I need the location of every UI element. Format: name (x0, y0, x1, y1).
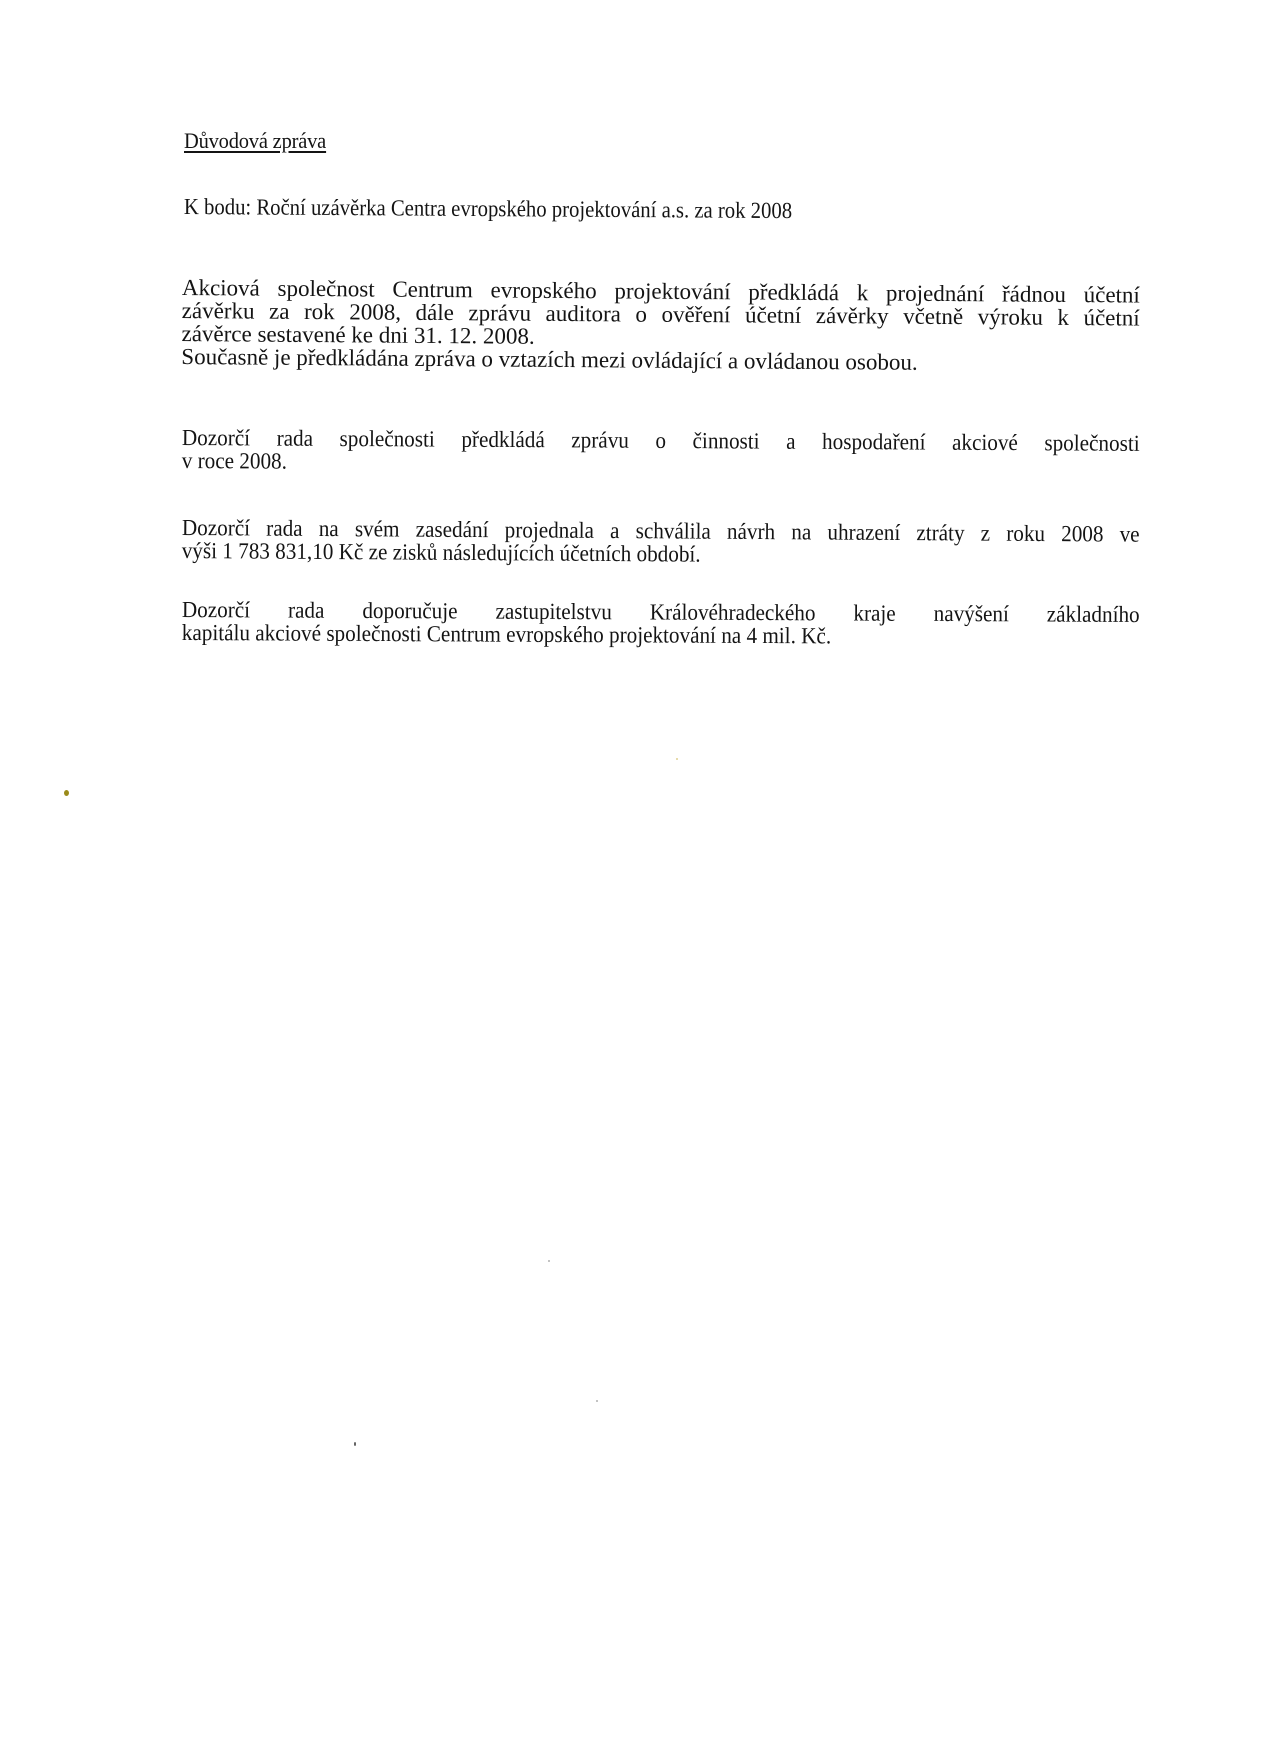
scan-speck (596, 1400, 598, 1402)
paragraph-line: Dozorčí rada společnosti předkládá zpráv… (182, 426, 1140, 455)
condensed-block: Dozorčí rada společnosti předkládá zpráv… (182, 426, 1140, 478)
paragraph-loss-coverage: Dozorčí rada na svém zasedání projednala… (182, 516, 1140, 569)
document-heading: Důvodová zpráva (184, 128, 326, 154)
scan-speck (548, 1260, 550, 1262)
agenda-item-subject: K bodu: Roční uzávěrka Centra evropského… (184, 194, 792, 224)
condensed-block: Dozorčí rada doporučuje zastupitelstvu K… (182, 598, 1140, 649)
scan-speck (64, 790, 69, 796)
paragraph-financial-statements: Akciová společnost Centrum evropského pr… (181, 276, 1140, 376)
paragraph-supervisory-report: Dozorčí rada společnosti předkládá zpráv… (182, 426, 1140, 478)
scanned-page: Důvodová zpráva K bodu: Roční uzávěrka C… (0, 0, 1275, 1755)
scan-speck (676, 758, 678, 760)
scan-speck (354, 1442, 356, 1446)
condensed-block: Dozorčí rada na svém zasedání projednala… (182, 516, 1140, 569)
paragraph-capital-increase: Dozorčí rada doporučuje zastupitelstvu K… (182, 598, 1140, 649)
